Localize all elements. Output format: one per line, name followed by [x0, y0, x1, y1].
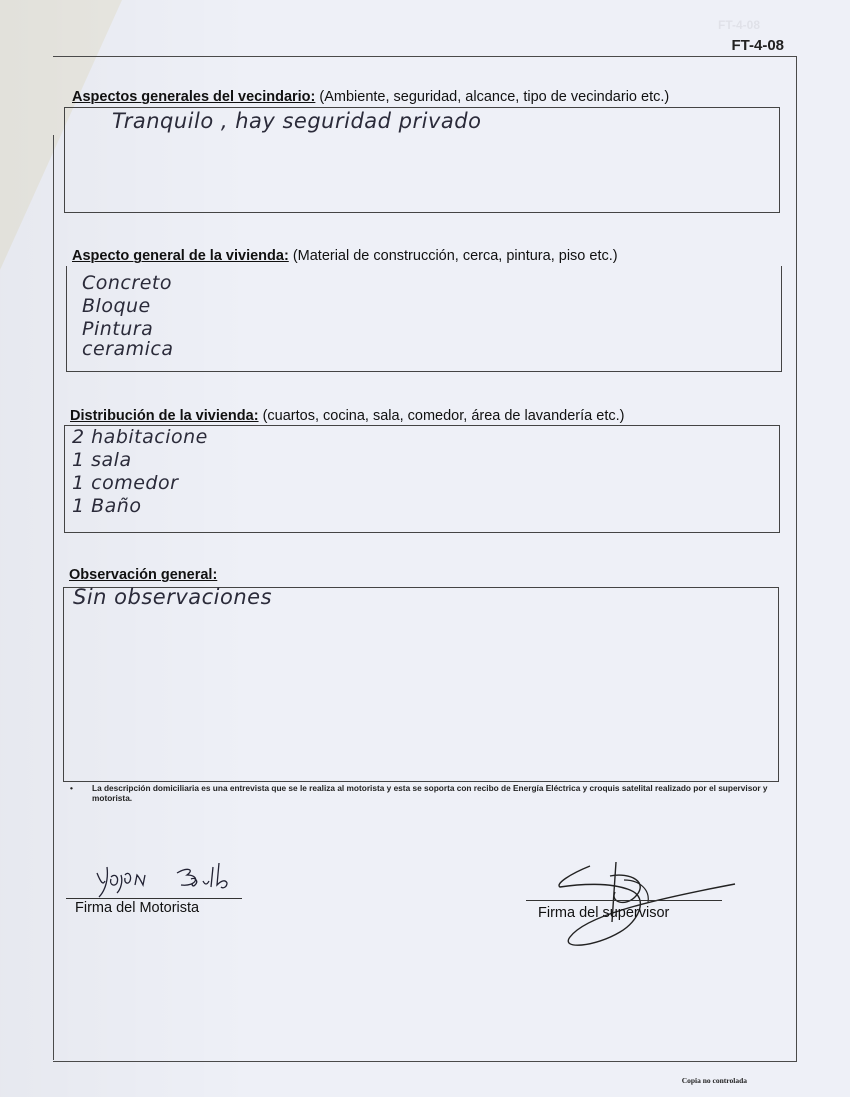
section-title: Observación general:	[69, 567, 217, 583]
handwritten-line: Tranquilo , hay seguridad privado	[112, 110, 481, 133]
section-hint: (cuartos, cocina, sala, comedor, área de…	[263, 408, 625, 424]
bullet-icon: •	[70, 783, 73, 793]
footer-copy-notice: Copia no controlada	[682, 1076, 747, 1085]
form-code: FT-4-08	[731, 37, 784, 54]
section-title: Aspectos generales del vecindario:	[72, 89, 315, 105]
handwritten-line: 2 habitacione	[72, 426, 208, 449]
section-title: Aspecto general de la vivienda:	[72, 248, 289, 264]
handwritten-line: Sin observaciones	[73, 586, 272, 609]
motorista-signature-line	[66, 898, 242, 899]
handwritten-line: Concreto	[82, 272, 173, 295]
bleed-through-text: FT-4-08	[718, 18, 760, 32]
footnote-text: La descripción domiciliaria es una entre…	[92, 783, 782, 803]
section-distribucion-label: Distribución de la vivienda: (cuartos, c…	[70, 408, 624, 424]
form-frame-left	[53, 135, 54, 1060]
section-hint: (Ambiente, seguridad, alcance, tipo de v…	[319, 89, 669, 105]
handwritten-line: ceramica	[82, 341, 173, 358]
observacion-answer-box[interactable]	[63, 587, 779, 782]
section-hint: (Material de construcción, cerca, pintur…	[293, 248, 618, 264]
supervisor-signature-label: Firma del supervisor	[538, 905, 669, 921]
vecindario-handwritten: Tranquilo , hay seguridad privado	[112, 110, 481, 133]
section-vivienda-label: Aspecto general de la vivienda: (Materia…	[72, 248, 618, 264]
handwritten-line: 1 comedor	[72, 472, 208, 495]
distribucion-handwritten: 2 habitacione 1 sala 1 comedor 1 Baño	[72, 426, 208, 518]
handwritten-line: Bloque	[82, 295, 173, 318]
handwritten-line: 1 Baño	[72, 495, 208, 518]
section-observacion-label: Observación general:	[69, 567, 217, 583]
section-vecindario-label: Aspectos generales del vecindario: (Ambi…	[72, 89, 669, 105]
section-title: Distribución de la vivienda:	[70, 408, 259, 424]
motorista-signature-icon	[95, 863, 255, 903]
observacion-handwritten: Sin observaciones	[73, 586, 272, 609]
motorista-signature-label: Firma del Motorista	[75, 900, 199, 916]
supervisor-signature-line	[526, 900, 722, 901]
handwritten-line: 1 sala	[72, 449, 208, 472]
vivienda-handwritten: Concreto Bloque Pintura ceramica	[82, 272, 173, 358]
